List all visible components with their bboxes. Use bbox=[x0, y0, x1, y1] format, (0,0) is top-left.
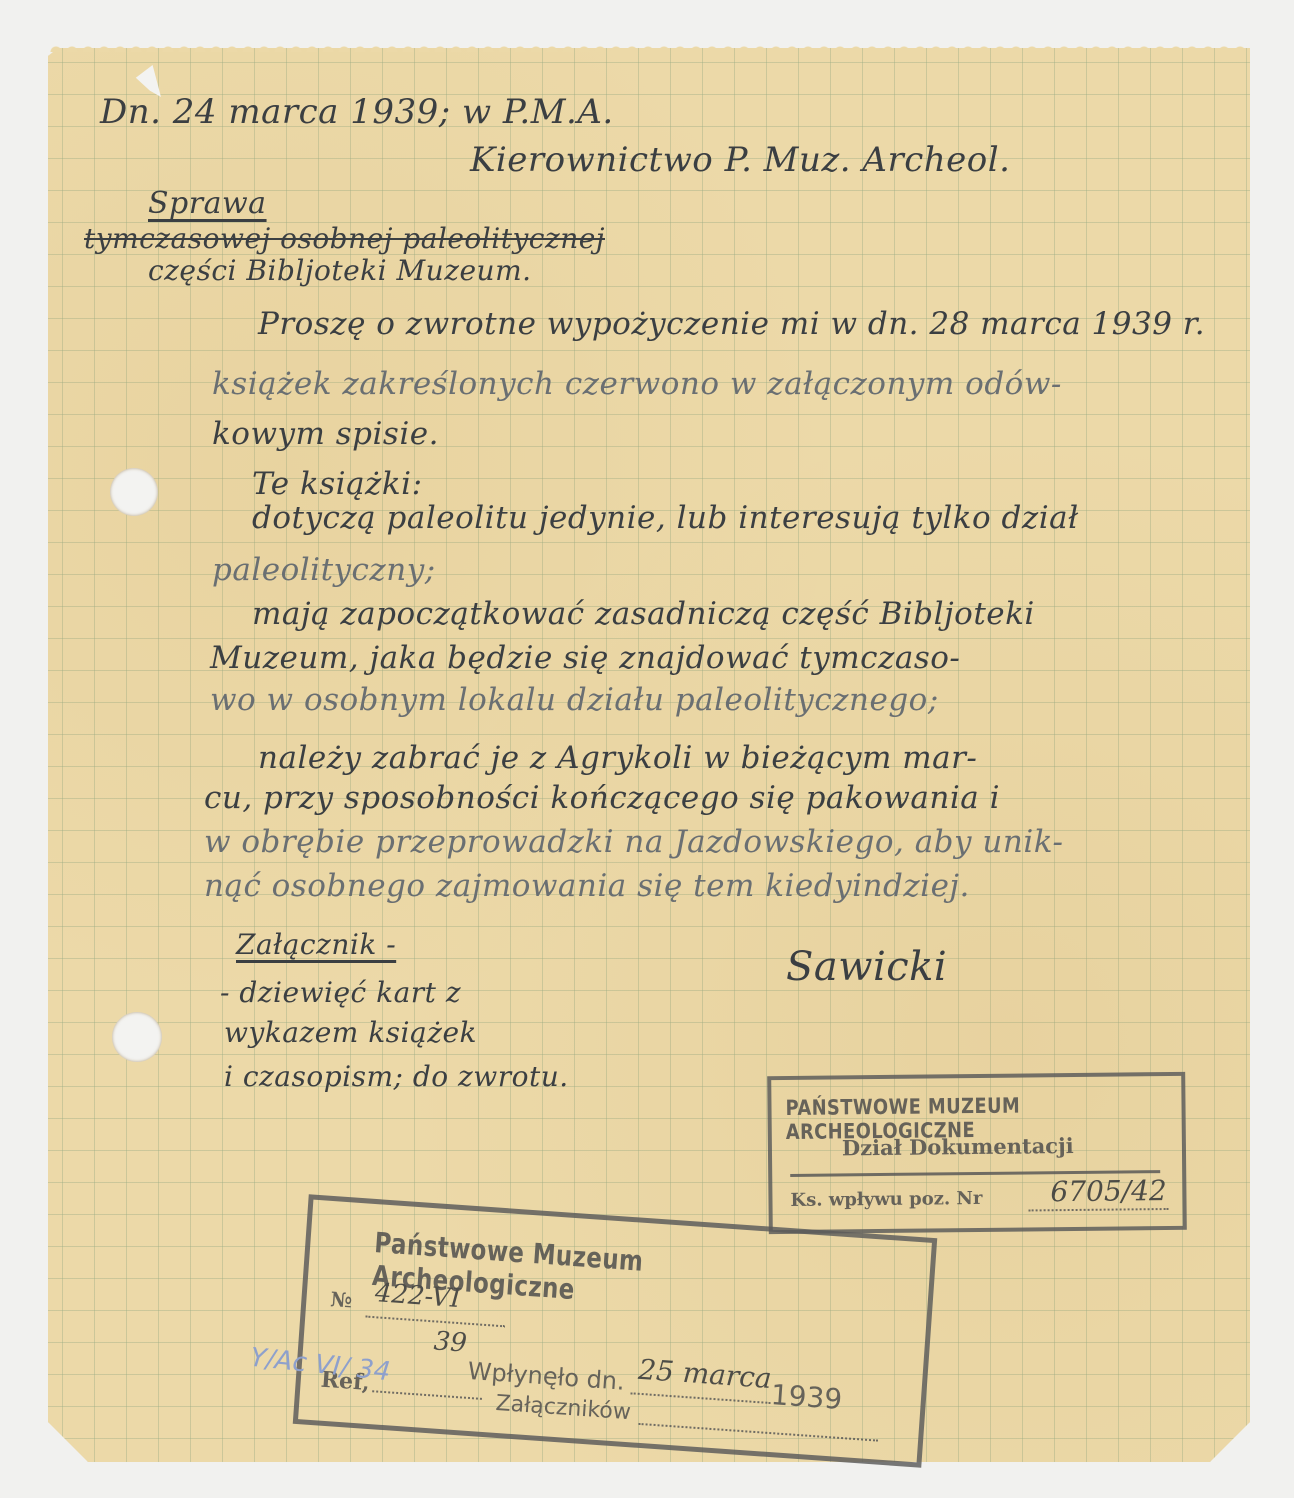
body-line-11: cu, przy sposobności kończącego się pako… bbox=[204, 780, 1000, 816]
attachments-label: Załącznik - bbox=[236, 928, 396, 961]
stamp-documentation-dept: PAŃSTWOWE MUZEUM ARCHEOLOGICZNE Dział Do… bbox=[767, 1072, 1187, 1234]
stamp2-number-year: 39 bbox=[433, 1326, 468, 1358]
stamp1-field-dots bbox=[1029, 1208, 1169, 1211]
stamp2-received-value: 25 marca bbox=[637, 1353, 773, 1395]
stamp2-received-label: Wpłynęło dn. bbox=[467, 1357, 626, 1396]
body-line-5: dotyczą paleolitu jedynie, lub interesuj… bbox=[252, 500, 1079, 536]
attachments-line-1: - dziewięć kart z bbox=[220, 976, 461, 1009]
addressee-line: Kierownictwo P. Muz. Archeol. bbox=[470, 140, 1010, 180]
stamp-received: Państwowe Muzeum Archeologiczne № 422-VI… bbox=[293, 1194, 938, 1467]
body-line-6: paleolityczny; bbox=[212, 552, 436, 588]
stamp2-number-label: № bbox=[330, 1287, 353, 1312]
stamp2-attachments-dots bbox=[639, 1423, 879, 1442]
punch-hole-bottom bbox=[112, 1012, 162, 1062]
attachments-line-3: i czasopism; do zwrotu. bbox=[224, 1060, 569, 1093]
body-line-10: należy zabrać je z Agrykoli w bieżącym m… bbox=[258, 740, 977, 776]
stamp2-attachments-label: Załączników bbox=[495, 1391, 632, 1425]
body-line-13: nąć osobnego zajmowania się tem kiedyind… bbox=[204, 868, 970, 904]
body-line-3: kowym spisie. bbox=[212, 416, 439, 452]
body-line-7: mają zapoczątkować zasadniczą część Bibl… bbox=[252, 596, 1035, 632]
stamp2-ref-dots bbox=[372, 1390, 482, 1400]
subject-line-1: tymczasowej osobnej paleolitycznej bbox=[84, 222, 605, 255]
stamp2-number-value: 422-VI bbox=[374, 1278, 461, 1314]
body-line-2: książek zakreślonych czerwono w załączon… bbox=[212, 366, 1062, 402]
stamp1-subtitle: Dział Dokumentacji bbox=[842, 1133, 1074, 1160]
stamp2-received-dots bbox=[631, 1392, 771, 1404]
body-line-4: Te książki: bbox=[252, 466, 423, 502]
subject-label: Sprawa bbox=[148, 186, 267, 221]
punch-hole-top bbox=[110, 468, 158, 516]
body-line-1: Proszę o zwrotne wypożyczenie mi w dn. 2… bbox=[258, 306, 1205, 342]
stamp2-received-year: 1939 bbox=[770, 1378, 843, 1416]
perforated-edge bbox=[48, 42, 1250, 52]
signature: Sawicki bbox=[786, 944, 947, 990]
body-line-8: Muzeum, jaka będzie się znajdować tymcza… bbox=[210, 640, 960, 676]
stamp1-field-label: Ks. wpływu poz. Nr bbox=[790, 1188, 982, 1211]
stamp1-field-value: 6705/42 bbox=[1050, 1174, 1167, 1208]
subject-line-2: części Bibljoteki Muzeum. bbox=[148, 254, 532, 287]
date-place-line: Dn. 24 marca 1939; w P.M.A. bbox=[100, 92, 614, 132]
attachments-line-2: wykazem książek bbox=[224, 1016, 477, 1049]
body-line-12: w obrębie przeprowadzki na Jazdowskiego,… bbox=[204, 824, 1063, 860]
body-line-9: wo w osobnym lokalu działu paleolityczne… bbox=[210, 682, 939, 718]
